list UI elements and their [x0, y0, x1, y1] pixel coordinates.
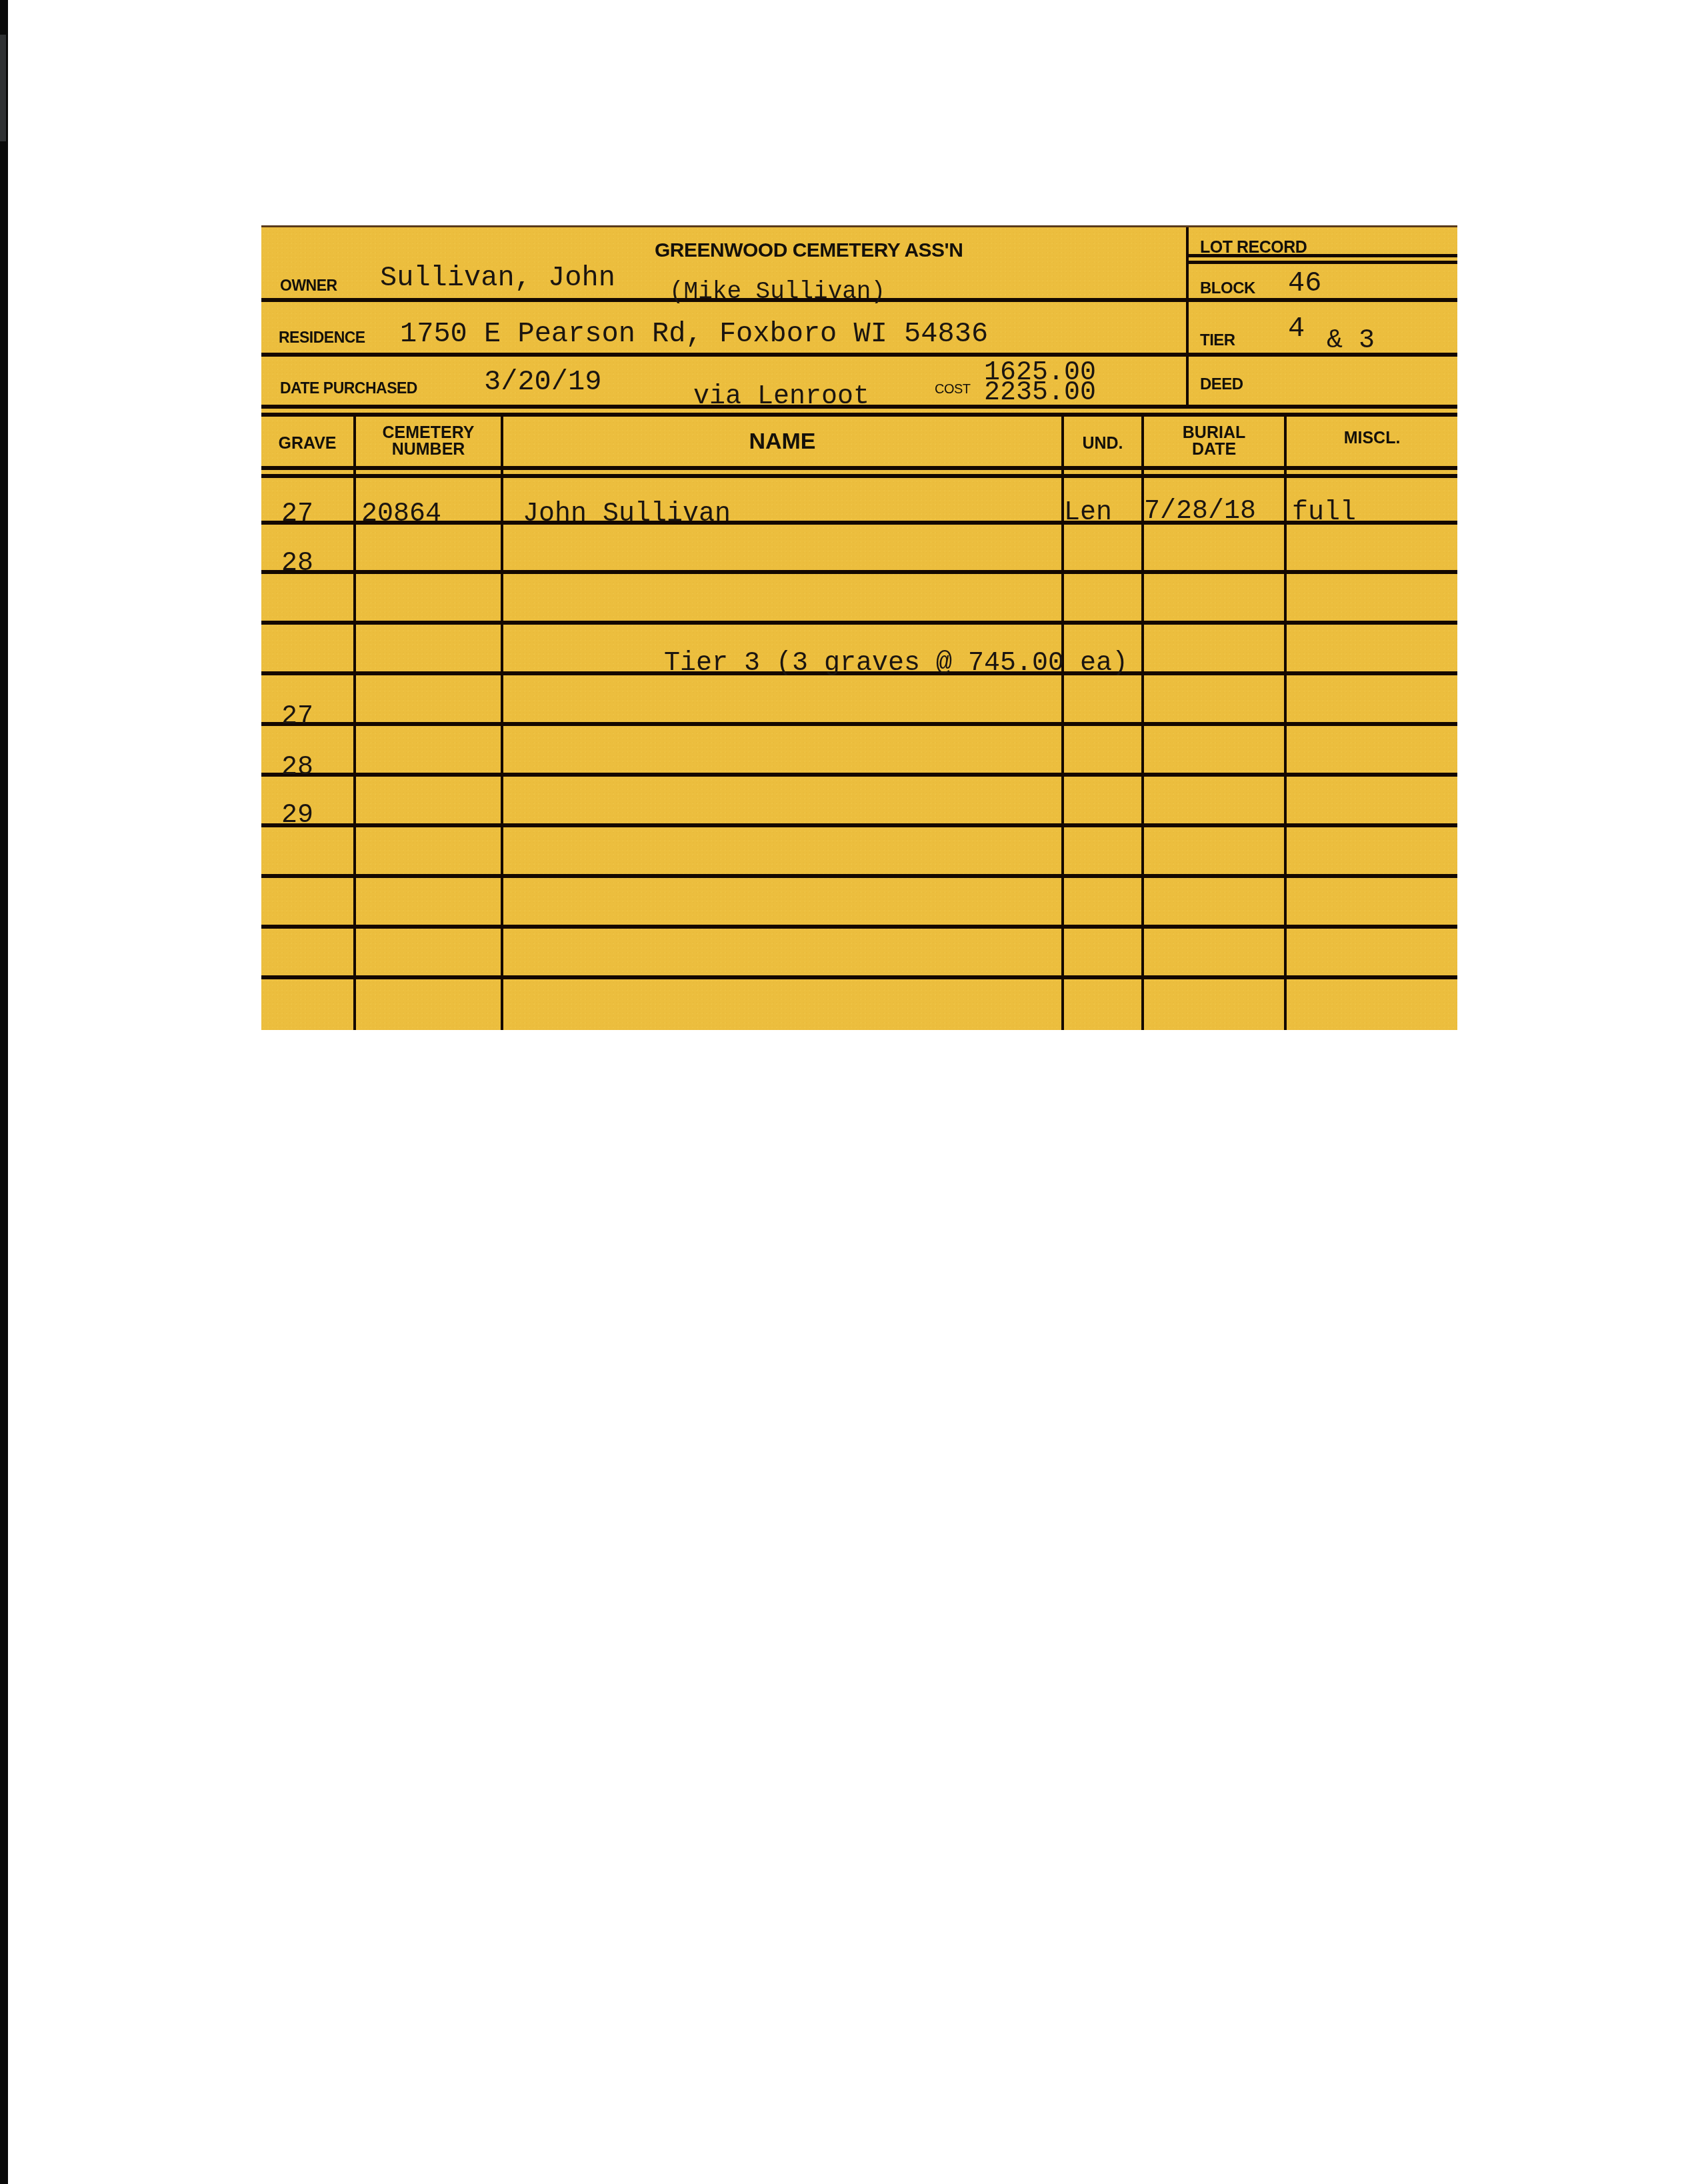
owner-value: Sullivan, John: [380, 262, 615, 294]
rule: [261, 474, 1457, 478]
date-purchased-label: DATE PURCHASED: [280, 379, 417, 397]
scan-edge: [0, 0, 8, 2184]
rule: [261, 413, 1457, 417]
burial-date-cell: 7/28/18: [1144, 497, 1256, 527]
block-label: BLOCK: [1200, 279, 1255, 298]
row-rule: [261, 621, 1457, 625]
owner-note: (Mike Sullivan): [669, 278, 885, 305]
tier-extra: & 3: [1327, 326, 1375, 356]
row-rule: [261, 773, 1457, 777]
cost-label: COST: [935, 382, 971, 397]
miscl-cell: full: [1292, 498, 1356, 528]
tier-label: TIER: [1200, 331, 1235, 350]
scan-edge-mark: [0, 35, 6, 141]
cost-value-2: 2235.00: [984, 378, 1096, 408]
col-header-line: NUMBER: [356, 441, 501, 458]
association-title: GREENWOOD CEMETERY ASS'N: [655, 239, 963, 262]
via-note: via Lenroot: [693, 382, 869, 412]
row-rule: [261, 570, 1457, 574]
row-rule: [261, 722, 1457, 726]
grave-cell: 28: [281, 549, 313, 579]
grave-cell: 28: [281, 753, 313, 783]
col-header-miscl: MISCL.: [1287, 430, 1457, 447]
rule: [261, 353, 1457, 357]
col-header-line: DATE: [1144, 441, 1284, 458]
col-header-und: UND.: [1064, 435, 1141, 452]
rule: [1186, 261, 1457, 264]
tier-3-note: Tier 3 (3 graves @ 745.00 ea): [664, 649, 1128, 679]
date-purchased-value: 3/20/19: [484, 366, 601, 398]
grave-cell: 27: [281, 702, 313, 732]
residence-value: 1750 E Pearson Rd, Foxboro WI 54836: [400, 318, 988, 350]
und-cell: Len: [1064, 498, 1112, 528]
deed-label: DEED: [1200, 375, 1243, 394]
cemetery-number-cell: 20864: [361, 499, 441, 529]
col-header-grave: GRAVE: [261, 435, 353, 452]
col-header-line: BURIAL: [1144, 425, 1284, 441]
lot-record-card: GREENWOOD CEMETERY ASS'N OWNER Sullivan,…: [261, 225, 1457, 1030]
col-header-cemetery-number: CEMETERY NUMBER: [356, 425, 501, 458]
grave-cell: 27: [281, 499, 313, 529]
col-header-burial-date: BURIAL DATE: [1144, 425, 1284, 458]
tier-value: 4: [1288, 313, 1305, 345]
grave-cell: 29: [281, 801, 313, 831]
lot-record-label: LOT RECORD: [1200, 238, 1307, 257]
owner-label: OWNER: [280, 277, 337, 295]
rule: [261, 466, 1457, 470]
row-rule: [261, 925, 1457, 929]
col-header-line: CEMETERY: [356, 425, 501, 441]
row-rule: [261, 874, 1457, 878]
row-rule: [261, 975, 1457, 979]
residence-label: RESIDENCE: [279, 329, 365, 347]
col-header-name: NAME: [503, 430, 1061, 453]
block-value: 46: [1288, 267, 1321, 299]
name-cell: John Sullivan: [523, 499, 731, 529]
row-rule: [261, 823, 1457, 827]
